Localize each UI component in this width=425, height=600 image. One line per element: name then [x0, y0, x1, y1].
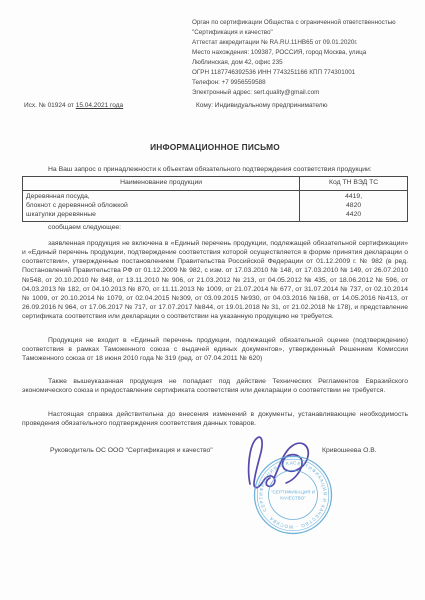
- product-line: шкатулки деревянные: [26, 210, 296, 219]
- letterhead-line: "Сертификация и качество": [192, 28, 414, 38]
- outgoing-number: Исх. № 01924 от 15.04.2021 года: [24, 102, 123, 109]
- code-line: 4420: [303, 210, 404, 219]
- column-header-code: Код ТН ВЭД ТС: [300, 177, 408, 190]
- product-line: блокнот с деревянной обложкой: [26, 201, 296, 210]
- body-paragraph-2: Продукция не входит в «Единый перечень п…: [22, 336, 408, 364]
- letter-page: Орган по сертификации Общества с огранич…: [0, 0, 425, 600]
- body-paragraph-1: заявленная продукция не включена в «Един…: [22, 239, 408, 322]
- stamp-center-line2: КАЧЕСТВО": [280, 496, 306, 501]
- company-stamp: СЕРТИФИКАЦИЯ И КАЧЕСТВО · МОСКВА · СЕРТИ…: [252, 454, 334, 536]
- code-line: 4820: [303, 201, 404, 210]
- signature-row: Руководитель ОС ООО "Сертификация и каче…: [22, 445, 408, 457]
- signer-role: Руководитель ОС ООО "Сертификация и каче…: [50, 447, 213, 454]
- table-row: Деревянная посуда, блокнот с деревянной …: [23, 190, 408, 221]
- intro-paragraph: На Ваш запрос о принадлежности к объекта…: [22, 165, 408, 174]
- body-paragraph-4: Настоящая справка действительна до внесе…: [22, 410, 408, 428]
- letterhead-line: Место нахождения: 109387, РОССИЯ, город …: [192, 48, 414, 58]
- letterhead-line: Люблинская, дом 42, офис 235: [192, 58, 414, 68]
- outgoing-number-prefix: Исх. № 01924 от: [24, 102, 76, 109]
- outgoing-date: 15.04.2021 года: [76, 102, 123, 109]
- letterhead-line: Аттестат аккредитации № RA.RU.11НВ65 от …: [192, 38, 414, 48]
- product-line: Деревянная посуда,: [26, 192, 296, 201]
- letterhead-line: Орган по сертификации Общества с огранич…: [192, 18, 414, 28]
- product-names-cell: Деревянная посуда, блокнот с деревянной …: [23, 190, 300, 221]
- letterhead-line: Телефон: +7 9956559588: [192, 78, 414, 88]
- after-table-line: сообщаем следующее:: [22, 224, 408, 231]
- letterhead-line: Электронный адрес: sert.quality@gmail.co…: [192, 88, 414, 98]
- recipient-line: Кому: Индивидуальному предпринимателю: [196, 102, 327, 109]
- letter-title: ИНФОРМАЦИОННОЕ ПИСЬМО: [22, 142, 408, 152]
- table-header-row: Наименование продукции Код ТН ВЭД ТС: [23, 177, 408, 190]
- column-header-product: Наименование продукции: [23, 177, 300, 190]
- products-table: Наименование продукции Код ТН ВЭД ТС Дер…: [22, 176, 408, 222]
- code-line: 4419,: [303, 192, 404, 201]
- reference-row: Исх. № 01924 от 15.04.2021 года Кому: Ин…: [22, 102, 408, 114]
- letterhead-line: ОГРН 1187746392536 ИНН 7743251166 КПП 77…: [192, 68, 414, 78]
- product-codes-cell: 4419, 4820 4420: [300, 190, 408, 221]
- stamp-center-line1: "СЕРТИФИКАЦИЯ И: [271, 490, 315, 495]
- body-paragraph-3: Также вышеуказанная продукция не попадае…: [22, 377, 408, 395]
- letterhead-block: Орган по сертификации Общества с огранич…: [192, 18, 414, 98]
